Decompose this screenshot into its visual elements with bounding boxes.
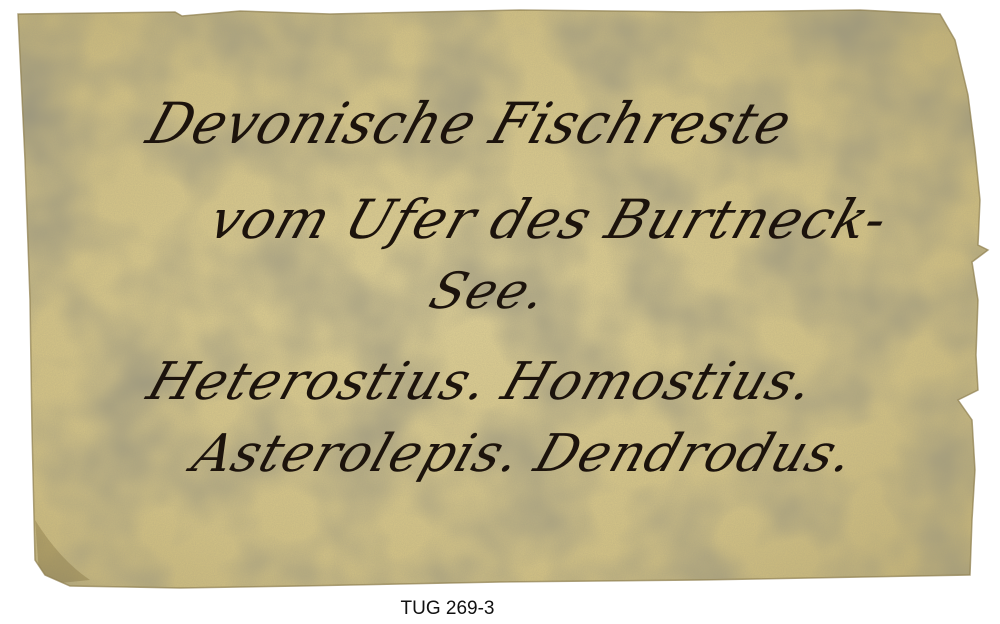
- handwriting-line-5: Asterolepis. Dendrodus.: [185, 424, 862, 484]
- handwriting-line-2: vom Ufer des Burtneck-: [202, 188, 897, 251]
- handwriting-line-4: Heterostius. Homostius.: [140, 352, 822, 412]
- handwriting-line-1: Devonische Fischreste: [139, 90, 800, 156]
- handwriting-line-3: See.: [423, 262, 555, 320]
- specimen-caption: TUG 269-3: [0, 598, 895, 620]
